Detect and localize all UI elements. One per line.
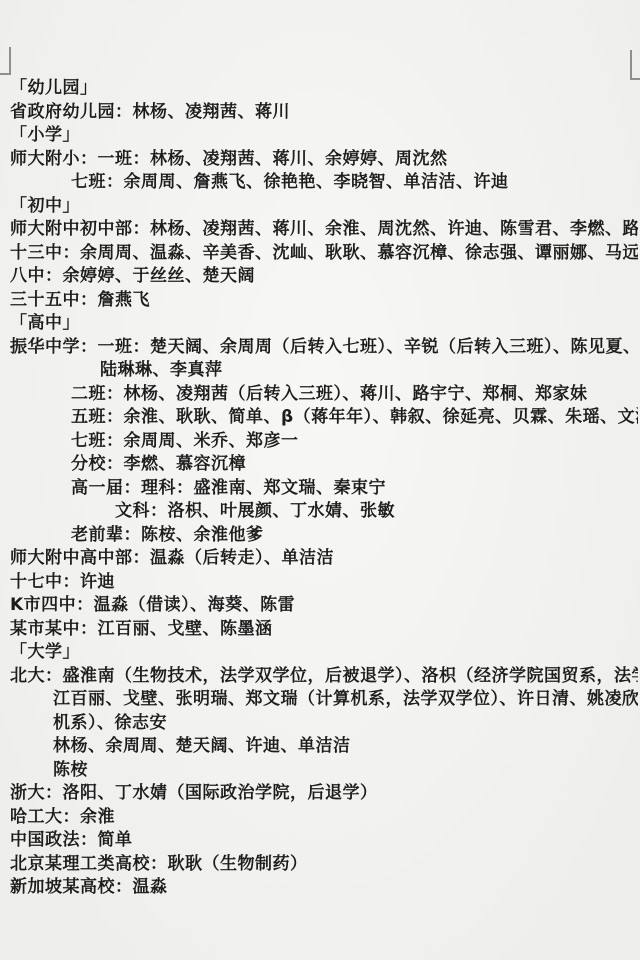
roster-line: 浙大：洛阳、丁水婧（国际政治学院，后退学） [10, 782, 638, 806]
roster-line: 北大：盛淮南（生物技术，法学双学位，后被退学）、洛枳（经济学院国贸系，法学双学位… [10, 665, 638, 689]
section-header-kindergarten: 「幼儿园」 [10, 77, 638, 101]
section-header-senior-high: 「高中」 [10, 312, 638, 336]
section-header-junior-high: 「初中」 [10, 195, 638, 219]
roster-line: 五班：余淮、耿耿、简单、β（蒋年年）、韩叙、徐延亮、贝霖、朱瑶、文潇潇 [71, 406, 638, 430]
roster-line: 省政府幼儿园：林杨、凌翔茜、蒋川 [10, 101, 638, 125]
roster-line: 哈工大：余淮 [10, 806, 638, 830]
page-corner-mark-left [0, 47, 11, 75]
roster-line: 三十五中：詹燕飞 [10, 289, 638, 313]
roster-line: 二班：林杨、凌翔茜（后转入三班）、蒋川、路宇宁、郑桐、郑家妹 [71, 383, 638, 407]
roster-line: 老前辈：陈桉、余淮他爹 [71, 524, 638, 548]
roster-line-continuation: 陈桉 [53, 759, 638, 783]
roster-line: 文科：洛枳、叶展颜、丁水婧、张敏 [115, 500, 638, 524]
document-photo-page: 「幼儿园」 省政府幼儿园：林杨、凌翔茜、蒋川 「小学」 师大附小：一班：林杨、凌… [0, 0, 640, 960]
section-header-university: 「大学」 [10, 641, 638, 665]
section-header-primary-school: 「小学」 [10, 124, 638, 148]
roster-line-continuation: 陆琳琳、李真萍 [100, 359, 638, 383]
roster-line: 振华中学：一班：楚天阔、余周周（后转入七班）、辛锐（后转入三班）、陈见夏、于丝丝… [10, 336, 638, 360]
roster-line: 中国政法：简单 [10, 829, 638, 853]
roster-line-continuation: 机系）、徐志安 [53, 712, 638, 736]
roster-line: 十三中：余周周、温淼、辛美香、沈屾、耿耿、慕容沉樟、徐志强、谭丽娜、马远奔 [10, 242, 638, 266]
roster-line: 八中：余婷婷、于丝丝、楚天阔 [10, 265, 638, 289]
roster-line: 高一届：理科：盛淮南、郑文瑞、秦束宁 [71, 477, 638, 501]
page-corner-mark-right [630, 50, 640, 80]
roster-line: 七班：余周周、詹燕飞、徐艳艳、李晓智、单洁洁、许迪 [71, 171, 638, 195]
roster-line: 师大附中初中部：林杨、凌翔茜、蒋川、余淮、周沈然、许迪、陈雪君、李燃、路宇宁 [10, 218, 638, 242]
roster-line-continuation: 林杨、余周周、楚天阔、许迪、单洁洁 [53, 735, 638, 759]
school-roster-document: 「幼儿园」 省政府幼儿园：林杨、凌翔茜、蒋川 「小学」 师大附小：一班：林杨、凌… [10, 77, 638, 900]
roster-line: 七班：余周周、米乔、郑彦一 [71, 430, 638, 454]
roster-line: 十七中：许迪 [10, 571, 638, 595]
roster-line: 师大附中高中部：温淼（后转走）、单洁洁 [10, 547, 638, 571]
roster-line: 北京某理工类高校：耿耿（生物制药） [10, 853, 638, 877]
roster-line: 新加坡某高校：温淼 [10, 876, 638, 900]
roster-line-continuation: 江百丽、戈壁、张明瑞、郑文瑞（计算机系，法学双学位）、许日清、姚凌欣（计算 [53, 688, 638, 712]
roster-line: K市四中：温淼（借读）、海葵、陈雷 [10, 594, 638, 618]
roster-line: 分校：李燃、慕容沉樟 [71, 453, 638, 477]
roster-line: 师大附小：一班：林杨、凌翔茜、蒋川、余婷婷、周沈然 [10, 148, 638, 172]
roster-line: 某市某中：江百丽、戈壁、陈墨涵 [10, 618, 638, 642]
